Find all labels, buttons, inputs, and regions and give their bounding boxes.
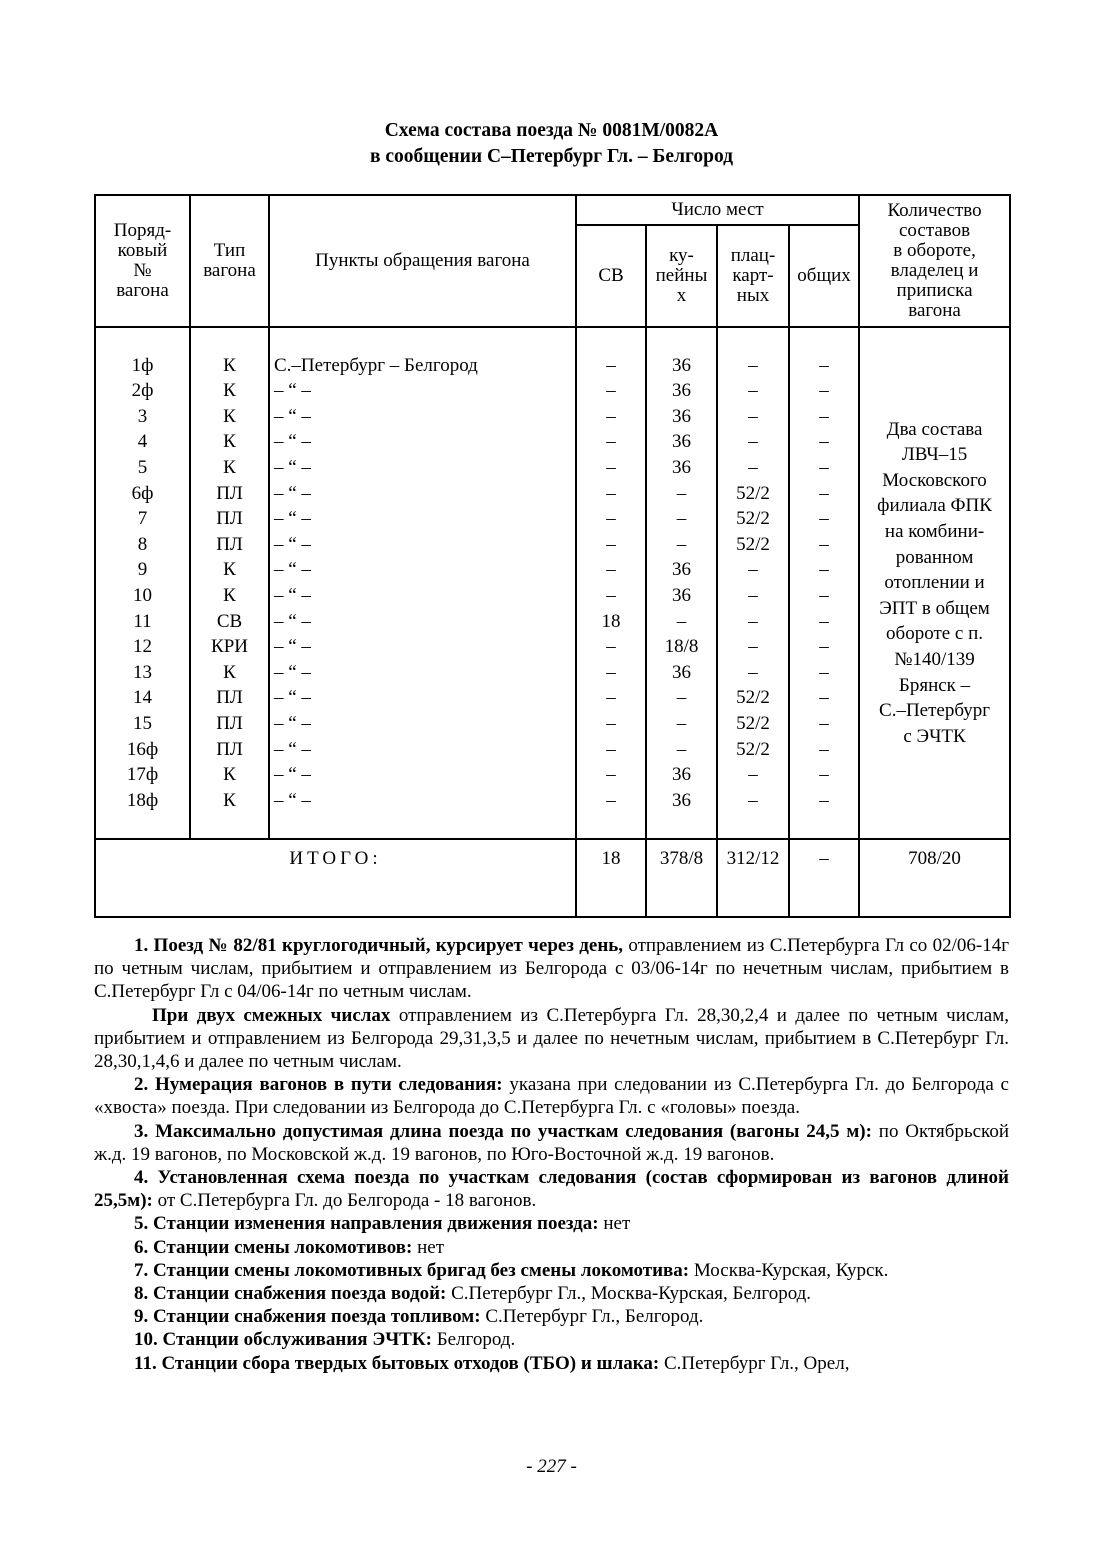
total-label: ИТОГО: <box>95 839 576 917</box>
cell-platz: – <box>718 660 788 686</box>
cell-route: – “ – <box>274 455 575 481</box>
cell-type: К <box>191 353 268 379</box>
cell-platz: – <box>718 634 788 660</box>
cell-platz: – <box>718 762 788 788</box>
cell-type: ПЛ <box>191 737 268 763</box>
note-paragraph: 10. Станции обслуживания ЭЧТК: Белгород. <box>94 1328 1009 1351</box>
note-paragraph: 8. Станции снабжения поезда водой: С.Пет… <box>94 1282 1009 1305</box>
cell-platz: – <box>718 583 788 609</box>
title-line-1: Схема состава поезда № 0081М/0082А <box>0 118 1103 144</box>
cell-general: – <box>790 737 858 763</box>
cell-route: – “ – <box>274 506 575 532</box>
cell-route: – “ – <box>274 532 575 558</box>
owner-line: Московского <box>860 468 1009 494</box>
header-platz: плац-карт-ных <box>717 225 789 327</box>
cell-coupe: 18/8 <box>647 634 716 660</box>
note-heading: 2. Нумерация вагонов в пути следования: <box>134 1074 503 1095</box>
cell-no: 6ф <box>96 481 189 507</box>
column-route: С.–Петербург – Белгород– “ –– “ –– “ –– … <box>269 327 576 839</box>
cell-general: – <box>790 455 858 481</box>
cell-general: – <box>790 378 858 404</box>
cell-route: – “ – <box>274 634 575 660</box>
note-paragraph: 4. Установленная схема поезда по участка… <box>94 1166 1009 1212</box>
cell-coupe: 36 <box>647 455 716 481</box>
cell-no: 5 <box>96 455 189 481</box>
cell-coupe: 36 <box>647 404 716 430</box>
cell-sv: – <box>577 353 645 379</box>
cell-sv: – <box>577 711 645 737</box>
cell-type: К <box>191 583 268 609</box>
cell-sv: – <box>577 506 645 532</box>
cell-sv: – <box>577 378 645 404</box>
page-number: - 227 - <box>0 1456 1103 1478</box>
cell-platz: – <box>718 788 788 814</box>
cell-no: 10 <box>96 583 189 609</box>
cell-platz: 52/2 <box>718 532 788 558</box>
cell-general: – <box>790 557 858 583</box>
owner-line: обороте с п. <box>860 621 1009 647</box>
cell-route: – “ – <box>274 762 575 788</box>
cell-no: 18ф <box>96 788 189 814</box>
cell-no: 17ф <box>96 762 189 788</box>
cell-no: 3 <box>96 404 189 430</box>
cell-no: 4 <box>96 429 189 455</box>
cell-platz: – <box>718 557 788 583</box>
note-paragraph: 7. Станции смены локомотивных бригад без… <box>94 1259 1009 1282</box>
cell-no: 1ф <box>96 353 189 379</box>
column-order-no: 1ф2ф3456ф78910111213141516ф17ф18ф <box>95 327 190 839</box>
cell-type: К <box>191 788 268 814</box>
cell-type: К <box>191 455 268 481</box>
cell-type: К <box>191 557 268 583</box>
note-paragraph: 9. Станции снабжения поезда топливом: С.… <box>94 1305 1009 1328</box>
cell-type: К <box>191 404 268 430</box>
column-sv: ––––––––––18––––––– <box>576 327 646 839</box>
cell-general: – <box>790 762 858 788</box>
cell-coupe: 36 <box>647 762 716 788</box>
column-coupe: 3636363636–––3636–18/836–––3636 <box>646 327 717 839</box>
header-seats-group: Число мест <box>576 195 859 225</box>
cell-no: 14 <box>96 685 189 711</box>
note-heading: 1. Поезд № 82/81 круглогодичный, курсиру… <box>134 935 623 956</box>
cell-coupe: – <box>647 532 716 558</box>
note-paragraph: 11. Станции сбора твердых бытовых отходо… <box>94 1352 1009 1375</box>
cell-general: – <box>790 788 858 814</box>
cell-coupe: 36 <box>647 353 716 379</box>
note-text: Москва-Курская, Курск. <box>689 1260 888 1281</box>
cell-route: – “ – <box>274 788 575 814</box>
cell-coupe: – <box>647 609 716 635</box>
cell-general: – <box>790 660 858 686</box>
note-heading: 7. Станции смены локомотивных бригад без… <box>134 1260 689 1281</box>
cell-sv: – <box>577 481 645 507</box>
cell-coupe: – <box>647 737 716 763</box>
cell-route: – “ – <box>274 685 575 711</box>
cell-type: КРИ <box>191 634 268 660</box>
cell-platz: – <box>718 609 788 635</box>
cell-coupe: – <box>647 685 716 711</box>
title-line-2: в сообщении С–Петербург Гл. – Белгород <box>0 144 1103 170</box>
cell-sv: – <box>577 455 645 481</box>
owner-line: филиала ФПК <box>860 493 1009 519</box>
cell-type: ПЛ <box>191 481 268 507</box>
cell-route: – “ – <box>274 660 575 686</box>
cell-sv: – <box>577 737 645 763</box>
column-platz: –––––52/252/252/2–––––52/252/252/2–– <box>717 327 789 839</box>
cell-route: – “ – <box>274 711 575 737</box>
cell-route: – “ – <box>274 404 575 430</box>
note-text: от С.Петербурга Гл. до Белгорода - 18 ва… <box>153 1190 536 1211</box>
cell-route: – “ – <box>274 378 575 404</box>
cell-coupe: 36 <box>647 557 716 583</box>
cell-sv: – <box>577 532 645 558</box>
document-title: Схема состава поезда № 0081М/0082А в соо… <box>0 118 1103 170</box>
cell-general: – <box>790 609 858 635</box>
cell-coupe: – <box>647 506 716 532</box>
cell-platz: – <box>718 455 788 481</box>
cell-route: – “ – <box>274 429 575 455</box>
train-composition-table: Поряд-ковый№вагона Типвагона Пункты обра… <box>94 194 1011 918</box>
cell-sv: – <box>577 762 645 788</box>
cell-general: – <box>790 583 858 609</box>
note-paragraph: 3. Максимально допустимая длина поезда п… <box>94 1120 1009 1166</box>
cell-type: ПЛ <box>191 685 268 711</box>
note-text: С.Петербург Гл., Белгород. <box>481 1306 704 1327</box>
cell-coupe: – <box>647 711 716 737</box>
note-heading: 5. Станции изменения направления движени… <box>134 1213 599 1234</box>
owner-line: №140/139 <box>860 647 1009 673</box>
note-text: нет <box>599 1213 631 1234</box>
cell-sv: – <box>577 583 645 609</box>
cell-general: – <box>790 353 858 379</box>
note-paragraph: 1. Поезд № 82/81 круглогодичный, курсиру… <box>94 934 1009 1004</box>
cell-platz: 52/2 <box>718 506 788 532</box>
header-row-1: Поряд-ковый№вагона Типвагона Пункты обра… <box>95 195 1010 225</box>
owner-line: Брянск – <box>860 673 1009 699</box>
cell-no: 15 <box>96 711 189 737</box>
cell-type: К <box>191 762 268 788</box>
cell-coupe: 36 <box>647 788 716 814</box>
cell-general: – <box>790 685 858 711</box>
note-text: нет <box>412 1237 444 1258</box>
cell-type: К <box>191 660 268 686</box>
owner-line: на комбини- <box>860 519 1009 545</box>
header-owner: Количествосоставовв обороте,владелец ипр… <box>859 195 1010 327</box>
note-heading: 6. Станции смены локомотивов: <box>134 1237 412 1258</box>
cell-no: 12 <box>96 634 189 660</box>
note-heading: 11. Станции сбора твердых бытовых отходо… <box>134 1353 659 1374</box>
cell-platz: – <box>718 404 788 430</box>
cell-general: – <box>790 711 858 737</box>
owner-line: Два состава <box>860 417 1009 443</box>
header-general: общих <box>789 225 859 327</box>
cell-route: – “ – <box>274 583 575 609</box>
cell-coupe: 36 <box>647 660 716 686</box>
cell-no: 16ф <box>96 737 189 763</box>
total-owner: 708/20 <box>859 839 1010 917</box>
cell-general: – <box>790 532 858 558</box>
cell-coupe: – <box>647 481 716 507</box>
cell-general: – <box>790 481 858 507</box>
cell-sv: – <box>577 788 645 814</box>
cell-sv: – <box>577 429 645 455</box>
total-platz: 312/12 <box>717 839 789 917</box>
note-heading: 8. Станции снабжения поезда водой: <box>134 1283 446 1304</box>
note-paragraph: 2. Нумерация вагонов в пути следования: … <box>94 1073 1009 1119</box>
cell-type: К <box>191 429 268 455</box>
note-paragraph: При двух смежных числах отправлением из … <box>94 1004 1009 1074</box>
header-car-type: Типвагона <box>190 195 269 327</box>
cell-general: – <box>790 429 858 455</box>
cell-platz: 52/2 <box>718 711 788 737</box>
note-paragraph: 5. Станции изменения направления движени… <box>94 1212 1009 1235</box>
note-heading: 10. Станции обслуживания ЭЧТК: <box>134 1329 432 1350</box>
cell-sv: – <box>577 660 645 686</box>
cell-route: – “ – <box>274 557 575 583</box>
header-coupe: ку-пейных <box>646 225 717 327</box>
cell-platz: 52/2 <box>718 481 788 507</box>
cell-no: 13 <box>96 660 189 686</box>
cell-coupe: 36 <box>647 429 716 455</box>
cell-type: ПЛ <box>191 532 268 558</box>
cell-general: – <box>790 506 858 532</box>
cell-route: С.–Петербург – Белгород <box>274 353 575 379</box>
cell-platz: 52/2 <box>718 737 788 763</box>
cell-route: – “ – <box>274 737 575 763</box>
owner-line: с ЭЧТК <box>860 724 1009 750</box>
cell-platz: – <box>718 378 788 404</box>
owner-line: отоплении и <box>860 570 1009 596</box>
table-body-row: 1ф2ф3456ф78910111213141516ф17ф18ф КККККП… <box>95 327 1010 839</box>
cell-sv: – <box>577 634 645 660</box>
total-sv: 18 <box>576 839 646 917</box>
cell-type: ПЛ <box>191 506 268 532</box>
cell-no: 7 <box>96 506 189 532</box>
cell-general: – <box>790 634 858 660</box>
total-row: ИТОГО: 18 378/8 312/12 – 708/20 <box>95 839 1010 917</box>
note-text: С.Петербург Гл., Москва-Курская, Белгоро… <box>446 1283 811 1304</box>
cell-type: СВ <box>191 609 268 635</box>
cell-route: – “ – <box>274 609 575 635</box>
owner-line: ЛВЧ–15 <box>860 442 1009 468</box>
cell-sv: – <box>577 557 645 583</box>
cell-sv: 18 <box>577 609 645 635</box>
header-sv: СВ <box>576 225 646 327</box>
header-order-no: Поряд-ковый№вагона <box>95 195 190 327</box>
cell-general: – <box>790 404 858 430</box>
note-heading: При двух смежных числах <box>152 1005 390 1026</box>
cell-sv: – <box>577 685 645 711</box>
cell-no: 8 <box>96 532 189 558</box>
cell-type: К <box>191 378 268 404</box>
note-text: Белгород. <box>432 1329 515 1350</box>
owner-info: Два составаЛВЧ–15Московскогофилиала ФПКн… <box>859 327 1010 839</box>
owner-line: ЭПТ в общем <box>860 596 1009 622</box>
cell-platz: – <box>718 429 788 455</box>
cell-type: ПЛ <box>191 711 268 737</box>
owner-line: рованном <box>860 545 1009 571</box>
header-route: Пункты обращения вагона <box>269 195 576 327</box>
column-car-type: КККККПЛПЛПЛККСВКРИКПЛПЛПЛКК <box>190 327 269 839</box>
note-text: С.Петербург Гл., Орел, <box>659 1353 849 1374</box>
cell-no: 11 <box>96 609 189 635</box>
cell-route: – “ – <box>274 481 575 507</box>
cell-platz: 52/2 <box>718 685 788 711</box>
notes-section: 1. Поезд № 82/81 круглогодичный, курсиру… <box>94 934 1009 1375</box>
cell-no: 2ф <box>96 378 189 404</box>
cell-sv: – <box>577 404 645 430</box>
note-paragraph: 6. Станции смены локомотивов: нет <box>94 1236 1009 1259</box>
total-coupe: 378/8 <box>646 839 717 917</box>
owner-line: С.–Петербург <box>860 698 1009 724</box>
column-general: –––––––––––––––––– <box>789 327 859 839</box>
cell-coupe: 36 <box>647 583 716 609</box>
total-general: – <box>789 839 859 917</box>
cell-platz: – <box>718 353 788 379</box>
cell-coupe: 36 <box>647 378 716 404</box>
cell-no: 9 <box>96 557 189 583</box>
note-heading: 9. Станции снабжения поезда топливом: <box>134 1306 481 1327</box>
note-heading: 3. Максимально допустимая длина поезда п… <box>134 1121 872 1142</box>
